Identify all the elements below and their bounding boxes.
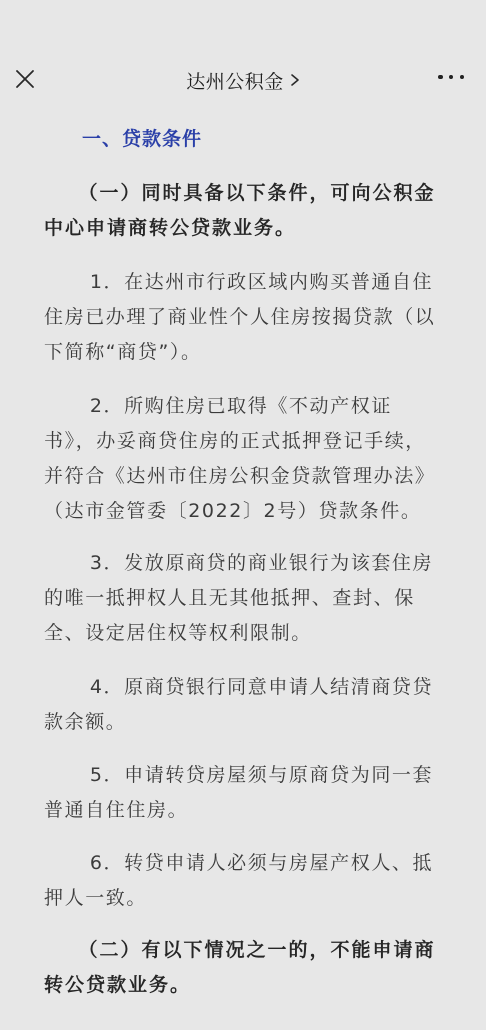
text-line: 款余额。 (44, 705, 444, 740)
condition-item-4: 4．原商贷银行同意申请人结清商贷贷款余额。 (44, 670, 444, 740)
subsection-2-heading: （二）有以下情况之一的，不能申请商转公贷款业务。 (44, 933, 444, 1003)
condition-item-1: 1．在达州市行政区域内购买普通自住住房已办理了商业性个人住房按揭贷款（以下简称“… (44, 265, 444, 370)
text-line: 普通自住住房。 (44, 793, 444, 828)
text-line: 3．发放原商贷的商业银行为该套住房 (44, 546, 444, 581)
text-line: 下简称“商贷”）。 (44, 335, 444, 370)
text-line: 的唯一抵押权人且无其他抵押、查封、保 (44, 581, 444, 616)
more-options-button[interactable] (438, 72, 464, 82)
text-line: 押人一致。 (44, 881, 444, 916)
account-title-link[interactable]: 达州公积金 (186, 67, 300, 94)
close-button[interactable] (14, 68, 36, 90)
text-line: 5．申请转贷房屋须与原商贷为同一套 (44, 758, 444, 793)
text-line: 中心申请商转公贷款业务。 (44, 211, 444, 246)
close-icon (14, 68, 36, 90)
text-line: （一）同时具备以下条件，可向公积金 (44, 176, 444, 211)
text-line: 转公贷款业务。 (44, 968, 444, 1003)
text-line: 6．转贷申请人必须与房屋产权人、抵 (44, 846, 444, 881)
top-navbar: 达州公积金 (0, 52, 486, 108)
more-dot-icon (449, 75, 454, 80)
text-line: （二）有以下情况之一的，不能申请商 (44, 933, 444, 968)
text-line: 全、设定居住权等权利限制。 (44, 616, 444, 651)
section-heading: 一、贷款条件 (82, 125, 202, 153)
chevron-right-icon (290, 73, 300, 87)
page-title: 达州公积金 (186, 67, 284, 94)
text-line: 1．在达州市行政区域内购买普通自住 (44, 265, 444, 300)
condition-item-6: 6．转贷申请人必须与房屋产权人、抵押人一致。 (44, 846, 444, 916)
text-line: 2．所购住房已取得《不动产权证 (44, 389, 444, 424)
condition-item-3: 3．发放原商贷的商业银行为该套住房的唯一抵押权人且无其他抵押、查封、保全、设定居… (44, 546, 444, 651)
text-line: 并符合《达州市住房公积金贷款管理办法》 (44, 459, 444, 494)
subsection-1-heading: （一）同时具备以下条件，可向公积金中心申请商转公贷款业务。 (44, 176, 444, 246)
text-line: 住房已办理了商业性个人住房按揭贷款（以 (44, 300, 444, 335)
text-line: 4．原商贷银行同意申请人结清商贷贷 (44, 670, 444, 705)
text-line: （达市金管委〔2022〕2号）贷款条件。 (44, 494, 444, 529)
more-dot-icon (438, 75, 443, 80)
condition-item-5: 5．申请转贷房屋须与原商贷为同一套普通自住住房。 (44, 758, 444, 828)
more-dot-icon (460, 75, 465, 80)
condition-item-2: 2．所购住房已取得《不动产权证书》，办妥商贷住房的正式抵押登记手续，并符合《达州… (44, 389, 444, 529)
text-line: 书》，办妥商贷住房的正式抵押登记手续， (44, 424, 444, 459)
